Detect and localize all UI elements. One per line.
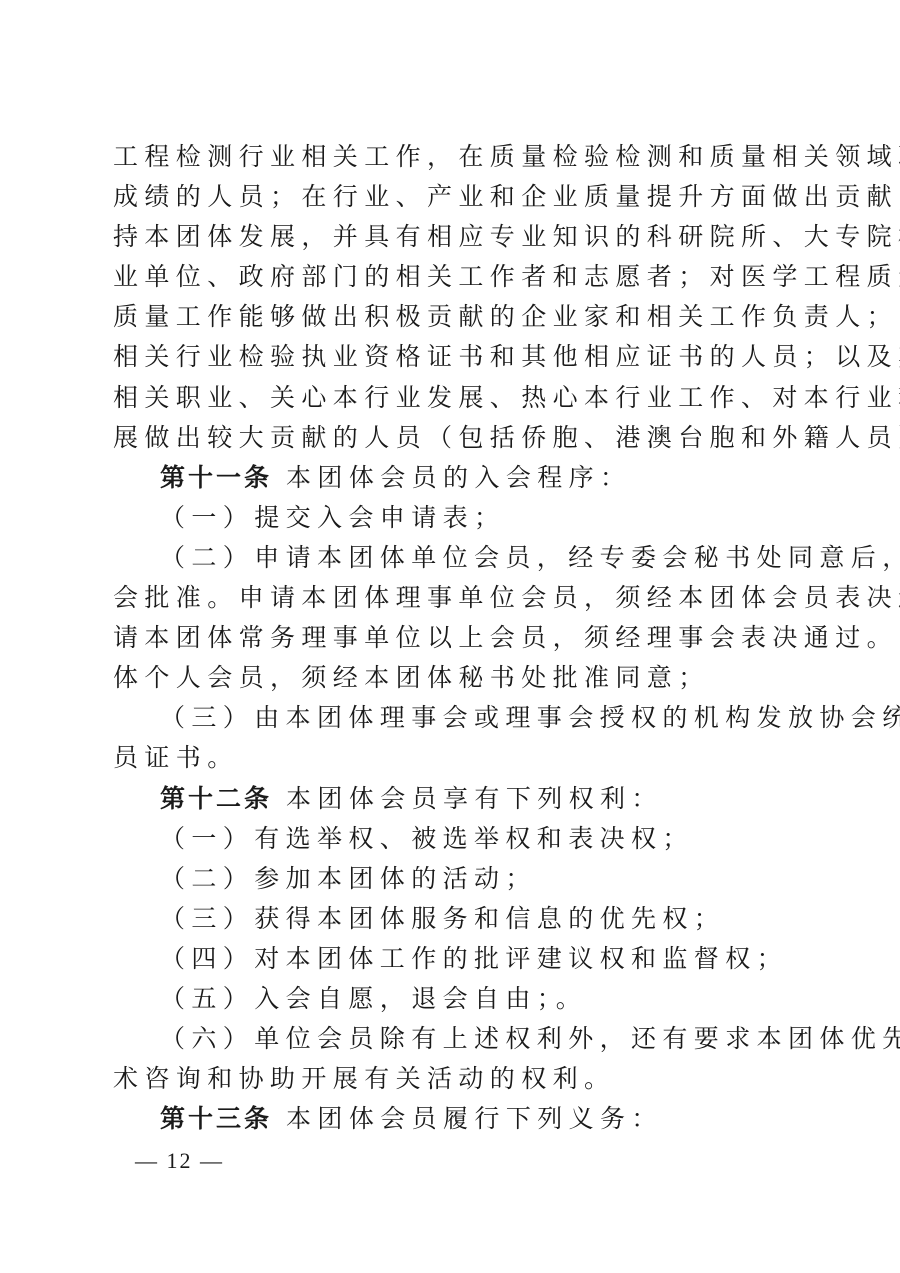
membership-eligibility-paragraph: 工程检测行业相关工作，在质量检验检测和质量相关领域取得一定 成绩的人员；在行业、… bbox=[113, 137, 783, 458]
clause-3: （三）由本团体理事会或理事会授权的机构发放协会统一的会 bbox=[113, 698, 783, 738]
clause-2: （二）申请本团体单位会员，经专委会秘书处同意后，报请协 bbox=[113, 538, 783, 578]
right-5: （五）入会自愿，退会自由；。 bbox=[113, 979, 783, 1019]
right-4: （四）对本团体工作的批评建议权和监督权； bbox=[113, 939, 783, 979]
text-line: 持本团体发展，并具有相应专业知识的科研院所、大专院校、企事 bbox=[113, 217, 783, 257]
text-line: 展做出较大贡献的人员（包括侨胞、港澳台胞和外籍人员）。 bbox=[113, 418, 783, 458]
right-3: （三）获得本团体服务和信息的优先权； bbox=[113, 899, 783, 939]
text-line: 成绩的人员；在行业、产业和企业质量提升方面做出贡献，积极支 bbox=[113, 177, 783, 217]
article-title: 本团体会员享有下列权利： bbox=[286, 784, 663, 813]
article-title: 本团体会员履行下列义务： bbox=[286, 1104, 663, 1133]
article-11-heading-line: 第十一条本团体会员的入会程序： bbox=[113, 458, 783, 498]
article-number: 第十二条 bbox=[160, 784, 272, 813]
clause-1: （一）提交入会申请表； bbox=[113, 498, 783, 538]
article-12: 第十二条本团体会员享有下列权利： （一）有选举权、被选举权和表决权； （二）参加… bbox=[113, 779, 783, 1100]
article-number: 第十三条 bbox=[160, 1104, 272, 1133]
right-6-continued: 术咨询和协助开展有关活动的权利。 bbox=[113, 1059, 783, 1099]
article-12-heading-line: 第十二条本团体会员享有下列权利： bbox=[113, 779, 783, 819]
right-2: （二）参加本团体的活动； bbox=[113, 859, 783, 899]
text-line: 工程检测行业相关工作，在质量检验检测和质量相关领域取得一定 bbox=[113, 137, 783, 177]
text-line: 业单位、政府部门的相关工作者和志愿者；对医学工程质量检验和 bbox=[113, 257, 783, 297]
article-13: 第十三条本团体会员履行下列义务： bbox=[113, 1099, 783, 1139]
page-number: — 12 — bbox=[135, 1148, 224, 1174]
clause-2-continued: 体个人会员，须经本团体秘书处批准同意； bbox=[113, 658, 783, 698]
document-page: 工程检测行业相关工作，在质量检验检测和质量相关领域取得一定 成绩的人员；在行业、… bbox=[113, 137, 783, 1139]
clause-2-continued: 请本团体常务理事单位以上会员，须经理事会表决通过。申请本团 bbox=[113, 618, 783, 658]
clause-3-continued: 员证书。 bbox=[113, 738, 783, 778]
clause-2-continued: 会批准。申请本团体理事单位会员，须经本团体会员表决通过。申 bbox=[113, 578, 783, 618]
right-6: （六）单位会员除有上述权利外，还有要求本团体优先提供技 bbox=[113, 1019, 783, 1059]
text-line: 质量工作能够做出积极贡献的企业家和相关工作负责人；已经取得 bbox=[113, 297, 783, 337]
article-11: 第十一条本团体会员的入会程序： （一）提交入会申请表； （二）申请本团体单位会员… bbox=[113, 458, 783, 779]
right-1: （一）有选举权、被选举权和表决权； bbox=[113, 819, 783, 859]
article-number: 第十一条 bbox=[160, 463, 272, 492]
article-13-heading-line: 第十三条本团体会员履行下列义务： bbox=[113, 1099, 783, 1139]
text-line: 相关行业检验执业资格证书和其他相应证书的人员；以及其他从事 bbox=[113, 337, 783, 377]
article-title: 本团体会员的入会程序： bbox=[286, 463, 631, 492]
text-line: 相关职业、关心本行业发展、热心本行业工作、对本行业和协会发 bbox=[113, 378, 783, 418]
